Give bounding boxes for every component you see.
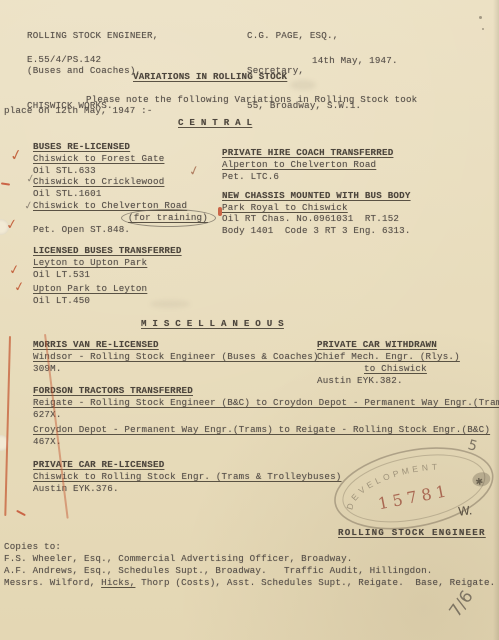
checkmark-icon: ✓	[187, 163, 201, 180]
entry-detail: Austin EYK.382.	[317, 375, 403, 387]
checkmark-icon: ✓	[13, 279, 26, 296]
entry-route: Windsor - Rolling Stock Engineer (Buses …	[33, 351, 319, 363]
entry-route: Reigate - Rolling Stock Engineer (B&C) t…	[33, 397, 499, 409]
underlined-name: Hicks,	[101, 577, 135, 588]
entry-detail: Body 1401 Code 3 RT 3 Eng. 6313.	[222, 225, 411, 237]
entry-route: Chief Mech. Engr. (Rlys.)	[317, 351, 460, 363]
scan-edge-shadow	[493, 0, 499, 640]
entry-detail: Austin EYK.376.	[33, 483, 119, 495]
entry-detail: Oil STL.1601	[33, 188, 102, 200]
handwritten-initials: W.	[457, 503, 473, 518]
pencil-circle-annotation	[121, 209, 216, 227]
paper-smudge	[150, 300, 190, 308]
scanned-letter-page: ROLLING STOCK ENGINEER, (Buses and Coach…	[0, 0, 499, 640]
red-tick-mark	[218, 207, 222, 216]
entry-heading: LICENSED BUSES TRANSFERRED	[33, 245, 182, 257]
entry-detail: Oil RT Chas. No.0961031 RT.152	[222, 213, 399, 225]
entry-route: Chiswick to Forest Gate	[33, 153, 164, 165]
section-heading-central: C E N T R A L	[178, 117, 252, 129]
entry-route: Chiswick to Rolling Stock Engr. (Trams &…	[33, 471, 342, 483]
copies-line-suffix: Thorp (Costs), Asst. Schedules Supt., Re…	[135, 577, 495, 588]
recipient-line: C.G. PAGE, ESQ.,	[247, 30, 361, 41]
letter-date: 14th May, 1947.	[312, 55, 398, 67]
entry-route: Alperton to Chelverton Road	[222, 159, 376, 171]
red-dash-mark	[1, 182, 10, 185]
entry-heading: FORDSON TRACTORS TRANSFERRED	[33, 385, 193, 397]
red-flick-mark	[16, 510, 26, 516]
reference-number: E.55/4/PS.142	[27, 54, 101, 66]
entry-heading: MORRIS VAN RE-LICENSED	[33, 339, 159, 351]
entry-detail: Pet. LTC.6	[222, 171, 279, 183]
checkmark-icon: ✓	[5, 216, 19, 233]
entry-heading: NEW CHASSIS MOUNTED WITH BUS BODY	[222, 190, 411, 202]
handwritten-fraction: 7/6	[446, 587, 478, 621]
section-heading-miscellaneous: M I S C E L L A N E O U S	[141, 318, 284, 330]
document-title: VARIATIONS IN ROLLING STOCK	[133, 71, 287, 83]
entry-route: Croydon Depot - Permanent Way Engr.(Tram…	[33, 424, 490, 436]
scan-speck	[479, 16, 482, 19]
entry-detail: Pet. Open ST.848.	[33, 224, 130, 236]
red-margin-line	[4, 336, 11, 516]
checkmark-icon: ✓	[8, 262, 21, 279]
copies-line-prefix: Messrs. Wilford,	[4, 577, 101, 588]
entry-route: Upton Park to Leyton	[33, 283, 147, 295]
intro-line-2: place on 12th May, 1947 :-	[4, 105, 153, 117]
copies-line: Messrs. Wilford, Hicks, Thorp (Costs), A…	[4, 577, 495, 589]
signature-title: ROLLING STOCK ENGINEER	[338, 527, 486, 539]
entry-heading: PRIVATE CAR RE-LICENSED	[33, 459, 164, 471]
entry-detail: 627X.	[33, 409, 62, 421]
stamp-number: 15781	[376, 481, 452, 514]
entry-detail: Oil LT.450	[33, 295, 90, 307]
entry-route: Leyton to Upton Park	[33, 257, 147, 269]
scan-speck	[482, 28, 484, 30]
entry-route: to Chiswick	[364, 363, 427, 375]
entry-heading: PRIVATE CAR WITHDRAWN	[317, 339, 437, 351]
copies-label: Copies to:	[4, 541, 61, 553]
entry-heading: PRIVATE HIRE COACH TRANSFERRED	[222, 147, 393, 159]
checkmark-icon: ✓	[8, 145, 24, 165]
copies-line: A.F. Andrews, Esq., Schedules Supt., Bro…	[4, 565, 433, 577]
entry-detail: Oil LT.531	[33, 269, 90, 281]
entry-route: Chiswick to Cricklewood	[33, 176, 164, 188]
entry-heading: BUSES RE-LICENSED	[33, 141, 130, 153]
copies-line: F.S. Wheeler, Esq., Commercial Advertisi…	[4, 553, 353, 565]
sender-line: ROLLING STOCK ENGINEER,	[27, 30, 158, 41]
